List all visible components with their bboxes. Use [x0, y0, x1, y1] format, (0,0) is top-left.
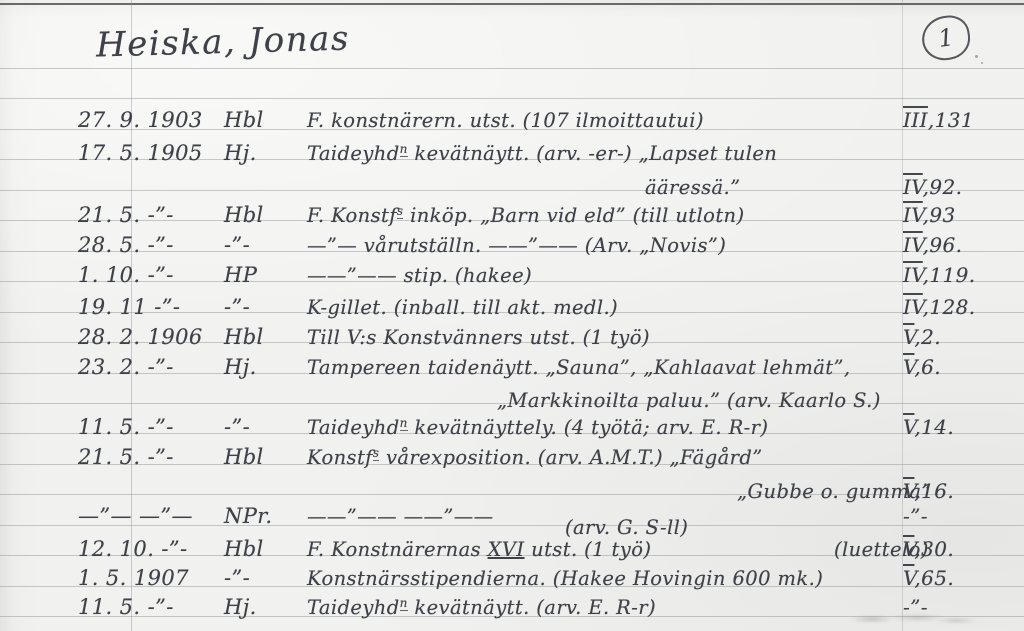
- entry-reference: V,14.: [903, 415, 954, 439]
- top-ruled-line: [0, 3, 1024, 5]
- page-number: 1: [936, 23, 955, 53]
- reference-volume: IV: [903, 203, 923, 227]
- entry-description: Konstnärsstipendierna. (Hakee Hovingin 6…: [307, 567, 823, 590]
- entry-source: Hbl: [224, 203, 264, 227]
- entry-description: Konstfs vårexposition. (arv. A.M.T.) „Fä…: [307, 446, 763, 469]
- reference-volume: IV: [903, 295, 923, 319]
- ledger-row: 27. 9. 1903HblF. konstnärern. utst. (107…: [0, 104, 1024, 132]
- entry-continuation: „Markkinoilta paluu.” (arv. Kaarlo S.): [497, 389, 881, 412]
- reference-page: 93: [929, 203, 955, 227]
- reference-page: 131: [935, 108, 974, 132]
- ledger-row: 23. 2. -”-Hj.Tampereen taidenäytt. „Saun…: [0, 351, 1024, 379]
- entry-description: ——”—— stip. (hakee): [307, 264, 532, 287]
- entry-reference: IV,119.: [903, 263, 976, 287]
- reference-volume: V: [903, 325, 914, 349]
- entry-source: -”-: [224, 566, 250, 590]
- entry-description: F. Konstnärernas XVI utst. (1 työ): [307, 538, 651, 561]
- pencil-smudge: [846, 612, 976, 626]
- entry-continuation: ääressä.”: [645, 176, 741, 199]
- reference-page: 128.: [929, 295, 975, 319]
- entry-description: —”— vårutställn. ——”—— (Arv. „Novis”): [307, 234, 726, 257]
- ledger-row: 28. 5. -”--”-—”— vårutställn. ——”—— (Arv…: [0, 229, 1024, 257]
- entry-date: 28. 5. -”-: [78, 233, 174, 257]
- entry-source: Hj.: [224, 141, 257, 165]
- entry-date: 1. 10. -”-: [78, 263, 174, 287]
- ledger-row: 21. 5. -”-HblF. Konstfs inköp. „Barn vid…: [0, 199, 1024, 227]
- page-title: Heiska, Jonas: [95, 18, 350, 65]
- entry-source: Hbl: [224, 537, 264, 561]
- ledger-row: 1. 5. 1907-”-Konstnärsstipendierna. (Hak…: [0, 562, 1024, 590]
- reference-volume: IV: [903, 175, 923, 199]
- ledger-row-continuation: ääressä.”IV,92.: [0, 171, 1024, 199]
- entry-date: 27. 9. 1903: [78, 108, 203, 132]
- entry-reference: V,2.: [903, 325, 941, 349]
- entry-description: Taideyhdn kevätnäytt. (arv. -er-) „Lapse…: [307, 142, 777, 165]
- entry-date: 19. 11 -”-: [78, 295, 180, 319]
- reference-page: 30.: [921, 537, 954, 561]
- ledger-row-continuation: „Gubbe o. gumma”V,16.: [0, 475, 1024, 503]
- ledger-row: 1. 10. -”-HP——”—— stip. (hakee)IV,119.: [0, 259, 1024, 287]
- entry-date: 17. 5. 1905: [78, 141, 203, 165]
- entry-date: 21. 5. -”-: [78, 445, 174, 469]
- reference-volume: V: [903, 537, 914, 561]
- ledger-row: 21. 5. -”-HblKonstfs vårexposition. (arv…: [0, 441, 1024, 469]
- entry-source: -”-: [224, 233, 250, 257]
- reference-volume: V: [903, 566, 914, 590]
- ledger-row: 12. 10. -”-HblF. Konstnärernas XVI utst.…: [0, 533, 1024, 561]
- scanned-ledger-page: Heiska, Jonas 1 27. 9. 1903HblF. konstnä…: [0, 0, 1024, 631]
- entry-reference: IV,96.: [903, 233, 962, 257]
- entry-description: F. Konstfs inköp. „Barn vid eld” (till u…: [307, 204, 745, 227]
- entry-source: Hbl: [224, 325, 264, 349]
- ruled-line: [0, 98, 1024, 99]
- scan-speck: [975, 55, 978, 58]
- entry-source: Hbl: [224, 445, 264, 469]
- reference-page: 119.: [929, 263, 975, 287]
- entry-source: -”-: [224, 415, 250, 439]
- scan-speck: [981, 62, 983, 64]
- entry-description: Tampereen taidenäytt. „Sauna”, „Kahlaava…: [307, 356, 850, 379]
- entry-description: Till V:s Konstvänners utst. (1 työ): [307, 326, 650, 349]
- entry-reference: IV,128.: [903, 295, 976, 319]
- reference-page: 14.: [921, 415, 954, 439]
- entry-reference: IV,93: [903, 203, 956, 227]
- ledger-row: 11. 5. -”--”-Taideyhdn kevätnäyttely. (4…: [0, 411, 1024, 439]
- reference-page: 65.: [921, 566, 954, 590]
- entry-reference: V,65.: [903, 566, 954, 590]
- entry-date: 28. 2. 1906: [78, 325, 203, 349]
- entry-date: 23. 2. -”-: [78, 355, 174, 379]
- entry-date: 11. 5. -”-: [78, 595, 174, 619]
- ledger-row-continuation: „Markkinoilta paluu.” (arv. Kaarlo S.): [0, 384, 1024, 412]
- reference-volume: IV: [903, 233, 923, 257]
- page-number-badge: 1: [919, 13, 973, 63]
- entry-reference: V,6.: [903, 355, 941, 379]
- reference-page: 96.: [929, 233, 962, 257]
- entry-date: 21. 5. -”-: [78, 203, 174, 227]
- entry-source: Hj.: [224, 355, 257, 379]
- entry-reference: III,131: [903, 108, 974, 132]
- reference-volume: V: [903, 415, 914, 439]
- entry-source: Hj.: [224, 595, 257, 619]
- entry-date: 1. 5. 1907: [78, 566, 189, 590]
- reference-volume: III: [903, 108, 928, 132]
- entry-description: Taideyhdn kevätnäytt. (arv. E. R-r): [307, 596, 656, 619]
- entry-source: HP: [224, 263, 257, 287]
- reference-volume: IV: [903, 263, 923, 287]
- entry-description: K-gillet. (inball. till akt. medl.): [307, 296, 618, 319]
- entry-description: F. konstnärern. utst. (107 ilmoittautui): [307, 109, 704, 132]
- ruled-line: [0, 68, 1024, 69]
- entry-source: -”-: [224, 295, 250, 319]
- ledger-row: 19. 11 -”--”-K-gillet. (inball. till akt…: [0, 291, 1024, 319]
- reference-page: 2.: [921, 325, 941, 349]
- ledger-row: 17. 5. 1905Hj.Taideyhdn kevätnäytt. (arv…: [0, 137, 1024, 165]
- ledger-row: 28. 2. 1906HblTill V:s Konstvänners utst…: [0, 321, 1024, 349]
- entry-date: 12. 10. -”-: [78, 537, 187, 561]
- entry-date: 11. 5. -”-: [78, 415, 174, 439]
- entry-reference: IV,92.: [903, 175, 962, 199]
- entry-description: Taideyhdn kevätnäyttely. (4 työtä; arv. …: [307, 416, 768, 439]
- entry-reference: V,30.: [903, 537, 954, 561]
- entry-source: Hbl: [224, 108, 264, 132]
- reference-page: 6.: [921, 355, 941, 379]
- reference-page: 92.: [929, 175, 962, 199]
- reference-volume: V: [903, 355, 914, 379]
